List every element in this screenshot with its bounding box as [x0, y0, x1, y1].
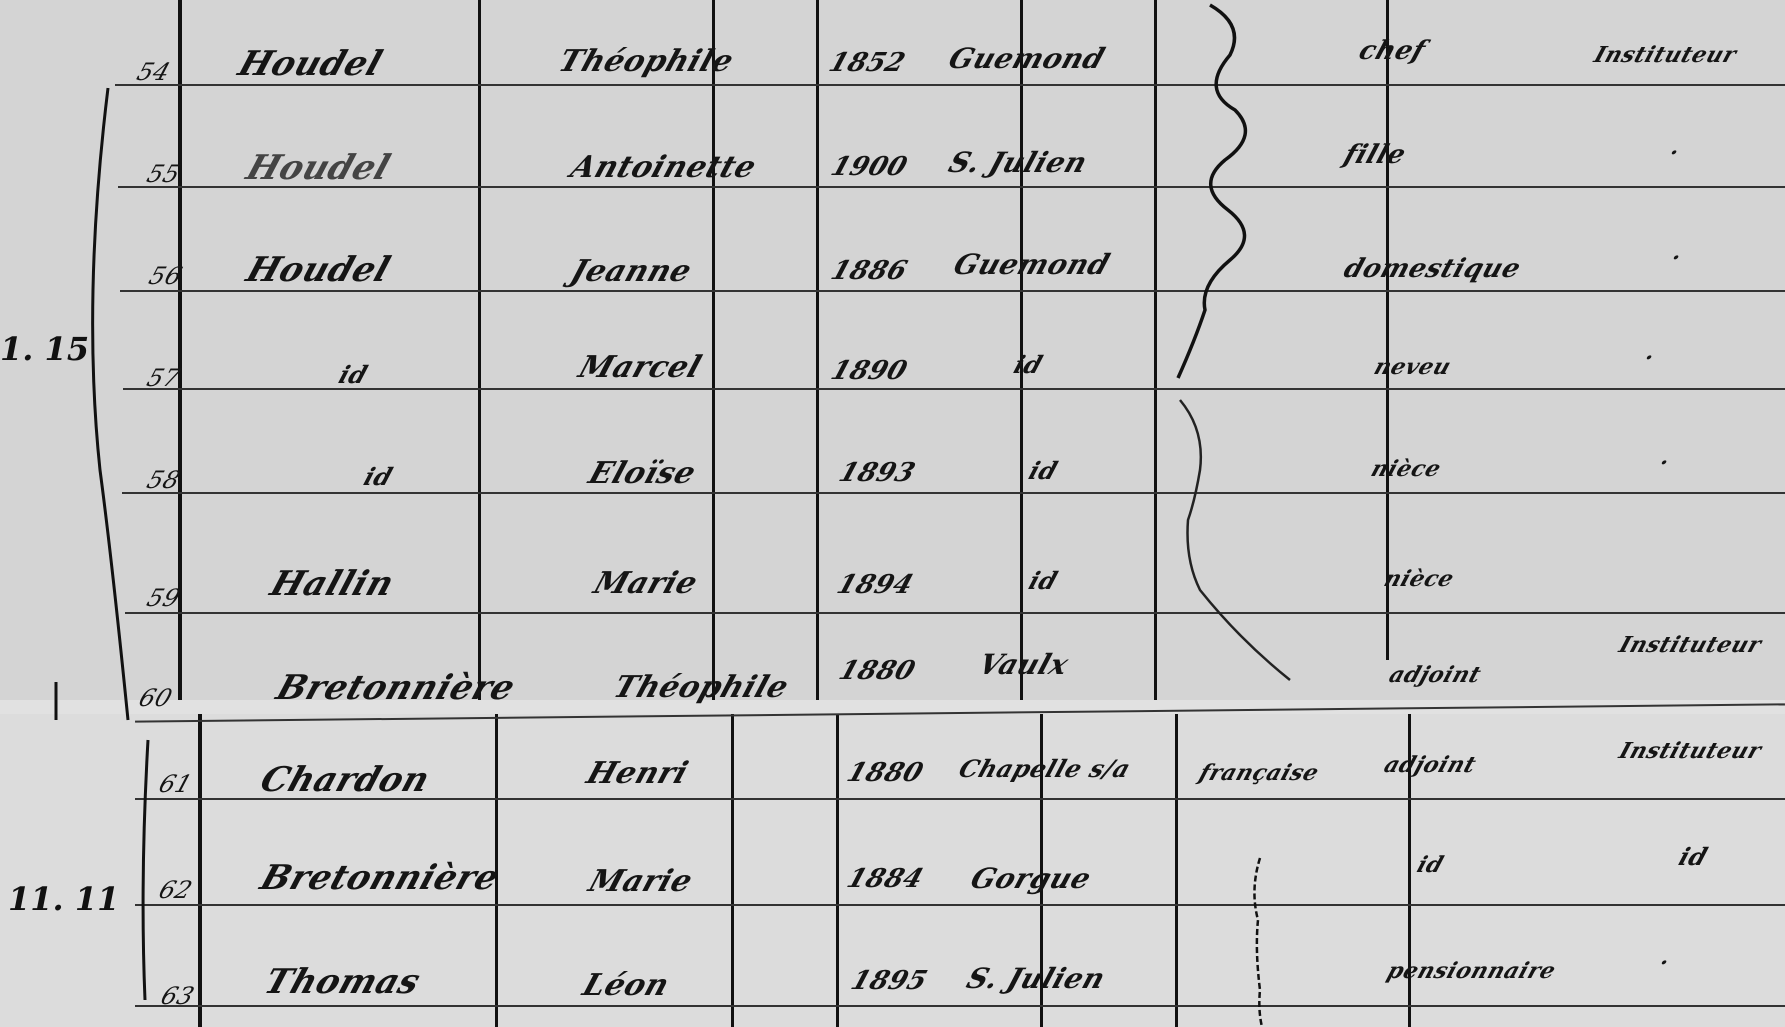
birthplace: S. Julien — [963, 962, 1110, 995]
first-name: Marie — [584, 864, 697, 899]
relation: chef — [1355, 36, 1429, 66]
surname: Thomas — [260, 962, 426, 1002]
occupation: Instituteur — [1616, 738, 1765, 764]
birth-year: 1886 — [827, 256, 911, 286]
first-name: Jeanne — [566, 254, 696, 289]
surname: Bretonnière — [256, 858, 505, 898]
relation: adjoint — [1386, 662, 1485, 688]
nationality: française — [1196, 760, 1323, 786]
birth-year: 1893 — [835, 458, 919, 488]
surname: Hallin — [266, 564, 400, 604]
birth-year: 1894 — [833, 570, 917, 600]
first-name: Léon — [578, 968, 673, 1003]
surname: Houdel — [234, 44, 388, 84]
surname: Chardon — [256, 760, 435, 800]
relation: domestique — [1340, 254, 1524, 284]
birthplace: S. Julien — [945, 146, 1092, 179]
relation: pensionnaire — [1384, 958, 1559, 984]
margin-mark: 11. 11 — [8, 880, 119, 918]
margin-mark: 1. 15 — [0, 330, 89, 368]
relation: nièce — [1368, 456, 1445, 482]
relation: adjoint — [1381, 752, 1480, 778]
first-name: Théophile — [609, 670, 793, 705]
first-name: Théophile — [554, 44, 738, 79]
occupation: Instituteur — [1616, 632, 1765, 658]
first-name: Marie — [589, 566, 702, 601]
birth-year: 1852 — [825, 48, 909, 78]
surname: Houdel — [242, 250, 396, 290]
birth-year: 1880 — [843, 758, 927, 788]
birthplace: Gorgue — [967, 862, 1096, 895]
first-name: Eloïse — [584, 456, 700, 491]
surname: Bretonnière — [272, 668, 521, 708]
birth-year: 1900 — [827, 152, 911, 182]
register-page: 1. 15 11. 11 54 Houdel Théophile 1852 Gu… — [0, 0, 1785, 1027]
birth-year: 1895 — [847, 966, 931, 996]
relation: neveu — [1371, 354, 1455, 380]
birthplace: Guemond — [945, 42, 1110, 75]
first-name: Henri — [582, 756, 692, 791]
first-name: Marcel — [574, 350, 706, 385]
birth-year: 1884 — [843, 864, 927, 894]
surname: Houdel — [242, 148, 396, 188]
birth-year: 1880 — [835, 656, 919, 686]
birthplace: Chapelle s/a — [955, 754, 1134, 783]
relation: nièce — [1381, 566, 1458, 592]
occupation: Instituteur — [1591, 42, 1740, 68]
birth-year: 1890 — [827, 356, 911, 386]
birthplace: Guemond — [950, 248, 1115, 281]
first-name: Antoinette — [566, 150, 760, 185]
birthplace: Vaulx — [975, 648, 1073, 681]
relation: fille — [1340, 140, 1410, 170]
